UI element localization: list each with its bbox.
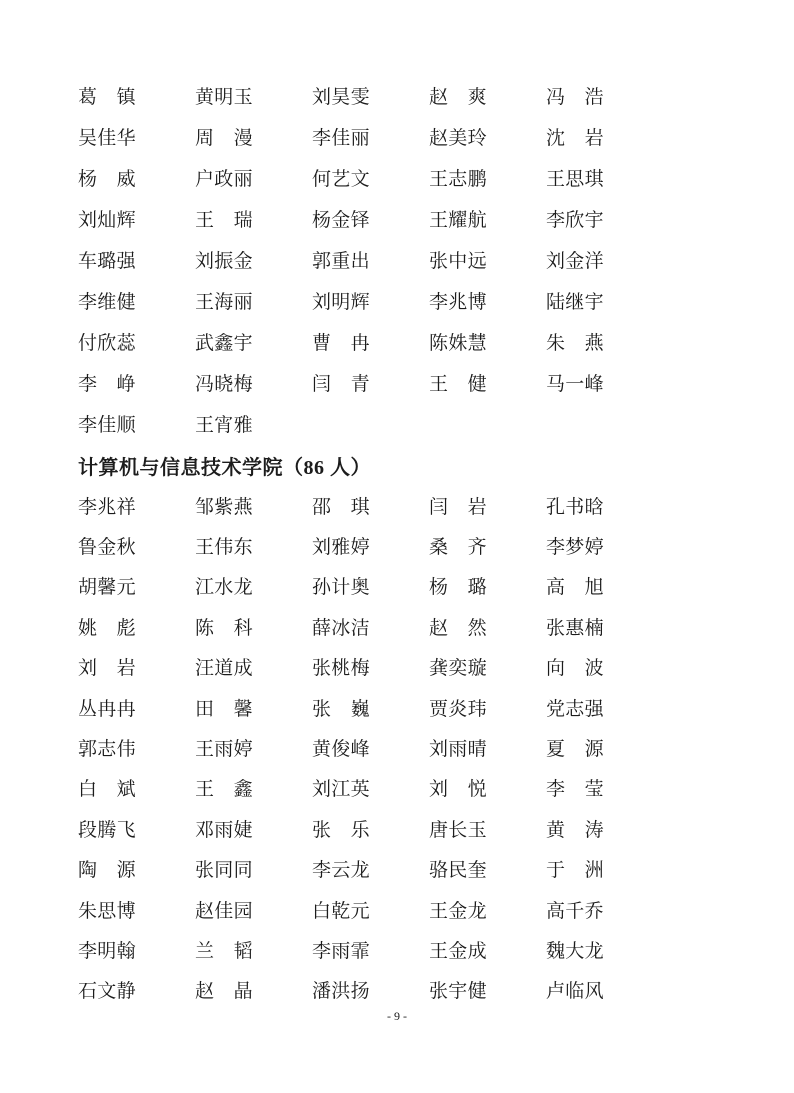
student-name: 沈 岩 — [546, 129, 604, 148]
name-row: 郭志伟王雨婷黄俊峰刘雨晴夏 源 — [78, 729, 794, 769]
name-row: 陶 源张同同李云龙骆民奎于 洲 — [78, 851, 794, 891]
student-name: 王雨婷 — [195, 740, 253, 759]
student-name: 刘金洋 — [546, 252, 604, 271]
student-name: 张 巍 — [312, 700, 370, 719]
student-name: 黄 涛 — [546, 821, 604, 840]
student-name: 夏 源 — [546, 740, 604, 759]
student-name: 桑 齐 — [429, 538, 487, 557]
student-name: 朱 燕 — [546, 334, 604, 353]
student-name: 赵 爽 — [429, 88, 487, 107]
name-row: 李维健王海丽刘明辉李兆博陆继宇 — [78, 282, 794, 323]
student-name: 孔书晗 — [546, 498, 604, 517]
student-name: 邹紫燕 — [195, 498, 253, 517]
student-name: 邓雨婕 — [195, 821, 253, 840]
student-name: 张 乐 — [312, 821, 370, 840]
student-name: 张宇健 — [429, 982, 487, 1001]
student-name: 李明翰 — [78, 942, 136, 961]
student-name: 骆民奎 — [429, 861, 487, 880]
student-name: 白 斌 — [78, 780, 136, 799]
student-name: 黄俊峰 — [312, 740, 370, 759]
student-name: 陶 源 — [78, 861, 136, 880]
student-name: 王海丽 — [195, 293, 253, 312]
student-name: 刘 岩 — [78, 659, 136, 678]
student-name: 李兆祥 — [78, 498, 136, 517]
student-name: 丛冉冉 — [78, 700, 136, 719]
student-name: 陈姝慧 — [429, 334, 487, 353]
student-name: 薛冰洁 — [312, 619, 370, 638]
student-name: 黄明玉 — [195, 88, 253, 107]
name-grid: 李兆祥邹紫燕邵 琪闫 岩孔书晗鲁金秋王伟东刘雅婷桑 齐李梦婷胡馨元江水龙孙计奥杨… — [78, 487, 794, 1012]
student-name: 王志鹏 — [429, 170, 487, 189]
name-row: 李 峥冯晓梅闫 青王 健马一峰 — [78, 364, 794, 405]
document-page: 葛 镇黄明玉刘昊雯赵 爽冯 浩吴佳华周 漫李佳丽赵美玲沈 岩杨 威户政丽何艺文王… — [0, 0, 794, 1093]
student-name: 付欣蕊 — [78, 334, 136, 353]
student-name: 车璐强 — [78, 252, 136, 271]
student-name: 胡馨元 — [78, 578, 136, 597]
student-name: 刘雨晴 — [429, 740, 487, 759]
name-row: 葛 镇黄明玉刘昊雯赵 爽冯 浩 — [78, 77, 794, 118]
student-name: 刘明辉 — [312, 293, 370, 312]
student-name: 贾炎玮 — [429, 700, 487, 719]
student-name: 周 漫 — [195, 129, 253, 148]
student-name: 李欣宇 — [546, 211, 604, 230]
student-name: 郭志伟 — [78, 740, 136, 759]
student-name: 张桃梅 — [312, 659, 370, 678]
student-name: 刘振金 — [195, 252, 253, 271]
student-name: 唐长玉 — [429, 821, 487, 840]
student-name: 高 旭 — [546, 578, 604, 597]
student-name: 杨金铎 — [312, 211, 370, 230]
student-name: 赵美玲 — [429, 129, 487, 148]
name-row: 刘灿辉王 瑞杨金铎王耀航李欣宇 — [78, 200, 794, 241]
student-name: 葛 镇 — [78, 88, 136, 107]
name-row: 付欣蕊武鑫宇曹 冉陈姝慧朱 燕 — [78, 323, 794, 364]
name-row: 鲁金秋王伟东刘雅婷桑 齐李梦婷 — [78, 527, 794, 567]
student-name: 陈 科 — [195, 619, 253, 638]
student-name: 段腾飞 — [78, 821, 136, 840]
student-name: 刘昊雯 — [312, 88, 370, 107]
student-name: 李佳丽 — [312, 129, 370, 148]
name-row: 段腾飞邓雨婕张 乐唐长玉黄 涛 — [78, 810, 794, 850]
name-row: 杨 威户政丽何艺文王志鹏王思琪 — [78, 159, 794, 200]
student-name: 王 鑫 — [195, 780, 253, 799]
name-row: 朱思博赵佳园白乾元王金龙高千乔 — [78, 891, 794, 931]
student-name: 刘雅婷 — [312, 538, 370, 557]
student-name: 王耀航 — [429, 211, 487, 230]
student-name: 李 峥 — [78, 375, 136, 394]
student-name: 孙计奥 — [312, 578, 370, 597]
student-name: 李兆博 — [429, 293, 487, 312]
student-name: 张惠楠 — [546, 619, 604, 638]
student-name: 李梦婷 — [546, 538, 604, 557]
student-name: 何艺文 — [312, 170, 370, 189]
student-name: 曹 冉 — [312, 334, 370, 353]
name-row: 李兆祥邹紫燕邵 琪闫 岩孔书晗 — [78, 487, 794, 527]
page-number: - 9 - — [0, 1006, 794, 1026]
student-name: 兰 韬 — [195, 942, 253, 961]
student-name: 高千乔 — [546, 902, 604, 921]
name-row: 姚 彪陈 科薛冰洁赵 然张惠楠 — [78, 608, 794, 648]
student-name: 冯晓梅 — [195, 375, 253, 394]
student-name: 马一峰 — [546, 375, 604, 394]
name-row: 吴佳华周 漫李佳丽赵美玲沈 岩 — [78, 118, 794, 159]
student-name: 赵 晶 — [195, 982, 253, 1001]
student-name: 李维健 — [78, 293, 136, 312]
student-name: 龚奕璇 — [429, 659, 487, 678]
name-row: 李佳顺王宵雅 — [78, 405, 794, 446]
student-name: 白乾元 — [312, 902, 370, 921]
name-row: 李明翰兰 韬李雨霏王金成魏大龙 — [78, 931, 794, 971]
name-row: 丛冉冉田 馨张 巍贾炎玮党志强 — [78, 689, 794, 729]
roster-section-continued: 葛 镇黄明玉刘昊雯赵 爽冯 浩吴佳华周 漫李佳丽赵美玲沈 岩杨 威户政丽何艺文王… — [78, 77, 794, 446]
name-row: 刘 岩汪道成张桃梅龚奕璇向 波 — [78, 649, 794, 689]
student-name: 李云龙 — [312, 861, 370, 880]
student-name: 赵佳园 — [195, 902, 253, 921]
student-name: 郭重出 — [312, 252, 370, 271]
student-name: 王金龙 — [429, 902, 487, 921]
student-name: 杨 璐 — [429, 578, 487, 597]
student-name: 石文静 — [78, 982, 136, 1001]
student-name: 汪道成 — [195, 659, 253, 678]
student-name: 张同同 — [195, 861, 253, 880]
student-name: 向 波 — [546, 659, 604, 678]
student-name: 卢临风 — [546, 982, 604, 1001]
student-name: 鲁金秋 — [78, 538, 136, 557]
student-name: 陆继宇 — [546, 293, 604, 312]
roster-section-computer-college: 计算机与信息技术学院（86 人） 李兆祥邹紫燕邵 琪闫 岩孔书晗鲁金秋王伟东刘雅… — [78, 446, 794, 1012]
student-name: 武鑫宇 — [195, 334, 253, 353]
name-row: 白 斌王 鑫刘江英刘 悦李 莹 — [78, 770, 794, 810]
student-name: 王金成 — [429, 942, 487, 961]
student-name: 户政丽 — [195, 170, 253, 189]
student-name: 邵 琪 — [312, 498, 370, 517]
student-name: 赵 然 — [429, 619, 487, 638]
student-name: 刘江英 — [312, 780, 370, 799]
student-name: 杨 威 — [78, 170, 136, 189]
student-name: 刘灿辉 — [78, 211, 136, 230]
student-name: 李雨霏 — [312, 942, 370, 961]
student-name: 姚 彪 — [78, 619, 136, 638]
student-name: 江水龙 — [195, 578, 253, 597]
student-name: 潘洪扬 — [312, 982, 370, 1001]
student-name: 闫 青 — [312, 375, 370, 394]
student-name: 王伟东 — [195, 538, 253, 557]
student-name: 冯 浩 — [546, 88, 604, 107]
student-name: 张中远 — [429, 252, 487, 271]
name-row: 车璐强刘振金郭重出张中远刘金洋 — [78, 241, 794, 282]
section-title: 计算机与信息技术学院（86 人） — [78, 446, 794, 487]
student-name: 闫 岩 — [429, 498, 487, 517]
student-name: 王 健 — [429, 375, 487, 394]
student-name: 李佳顺 — [78, 416, 136, 435]
student-name: 王思琪 — [546, 170, 604, 189]
student-name: 于 洲 — [546, 861, 604, 880]
student-name: 吴佳华 — [78, 129, 136, 148]
student-name: 王宵雅 — [195, 416, 253, 435]
student-name: 李 莹 — [546, 780, 604, 799]
student-name: 刘 悦 — [429, 780, 487, 799]
name-row: 胡馨元江水龙孙计奥杨 璐高 旭 — [78, 568, 794, 608]
student-name: 党志强 — [546, 700, 604, 719]
name-grid: 葛 镇黄明玉刘昊雯赵 爽冯 浩吴佳华周 漫李佳丽赵美玲沈 岩杨 威户政丽何艺文王… — [78, 77, 794, 446]
student-name: 朱思博 — [78, 902, 136, 921]
student-name: 王 瑞 — [195, 211, 253, 230]
student-name: 魏大龙 — [546, 942, 604, 961]
student-name: 田 馨 — [195, 700, 253, 719]
